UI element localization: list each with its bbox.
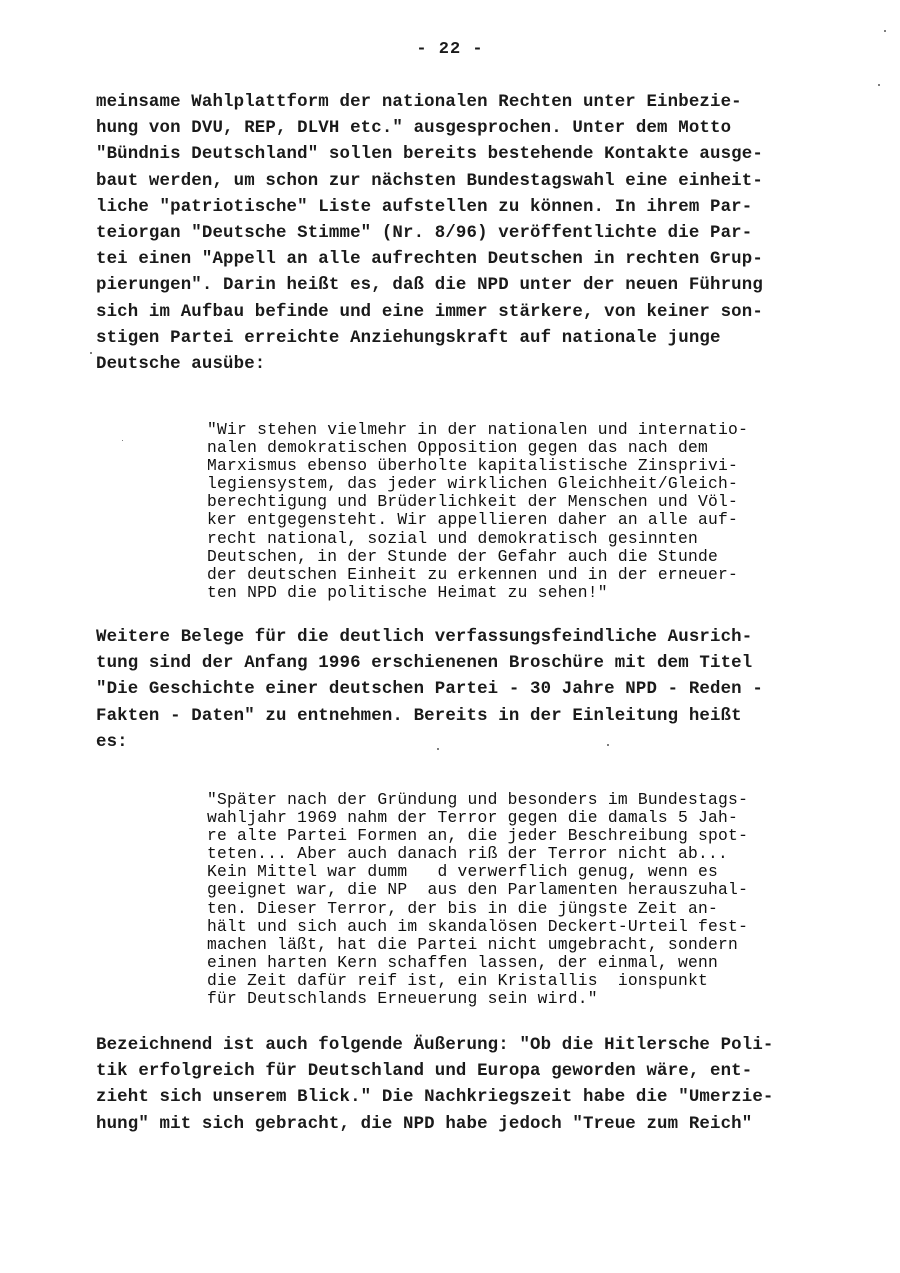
scan-speck bbox=[90, 352, 92, 354]
text-line: zieht sich unserem Blick." Die Nachkrieg… bbox=[96, 1085, 816, 1111]
text-line: "Die Geschichte einer deutschen Partei -… bbox=[96, 677, 816, 703]
text-line: tei einen "Appell an alle aufrechten Deu… bbox=[96, 247, 816, 273]
text-line: Marxismus ebenso überholte kapitalistisc… bbox=[207, 457, 827, 475]
text-line: "Bündnis Deutschland" sollen bereits bes… bbox=[96, 142, 816, 168]
text-line: meinsame Wahlplattform der nationalen Re… bbox=[96, 90, 816, 116]
text-line: wahljahr 1969 nahm der Terror gegen die … bbox=[207, 809, 827, 827]
text-line: hung von DVU, REP, DLVH etc." ausgesproc… bbox=[96, 116, 816, 142]
text-line: machen läßt, hat die Partei nicht umgebr… bbox=[207, 936, 827, 954]
paragraph-brochure-evidence: Weitere Belege für die deutlich verfassu… bbox=[96, 625, 816, 756]
scan-speck bbox=[884, 30, 886, 32]
text-line: hung" mit sich gebracht, die NPD habe je… bbox=[96, 1112, 816, 1138]
text-line: teiorgan "Deutsche Stimme" (Nr. 8/96) ve… bbox=[96, 221, 816, 247]
text-line: Kein Mittel war dumm d verwerflich genug… bbox=[207, 863, 827, 881]
text-line: Weitere Belege für die deutlich verfassu… bbox=[96, 625, 816, 651]
text-line: hält und sich auch im skandalösen Decker… bbox=[207, 918, 827, 936]
text-line: tik erfolgreich für Deutschland und Euro… bbox=[96, 1059, 816, 1085]
text-line: recht national, sozial und demokratisch … bbox=[207, 530, 827, 548]
text-line: ker entgegensteht. Wir appellieren daher… bbox=[207, 511, 827, 529]
text-line: Fakten - Daten" zu entnehmen. Bereits in… bbox=[96, 704, 816, 730]
block-quote-appeal: "Wir stehen vielmehr in der nationalen u… bbox=[207, 421, 827, 602]
text-line: berechtigung und Brüderlichkeit der Mens… bbox=[207, 493, 827, 511]
block-quote-brochure: "Später nach der Gründung und besonders … bbox=[207, 791, 827, 1008]
text-line: stigen Partei erreichte Anziehungskraft … bbox=[96, 326, 816, 352]
text-line: es: bbox=[96, 730, 816, 756]
text-line: der deutschen Einheit zu erkennen und in… bbox=[207, 566, 827, 584]
text-line: Bezeichnend ist auch folgende Äußerung: … bbox=[96, 1033, 816, 1059]
scan-speck bbox=[122, 440, 123, 441]
text-line: einen harten Kern schaffen lassen, der e… bbox=[207, 954, 827, 972]
scan-speck bbox=[437, 748, 439, 750]
text-line: sich im Aufbau befinde und eine immer st… bbox=[96, 300, 816, 326]
text-line: Deutsche ausübe: bbox=[96, 352, 816, 378]
text-line: nalen demokratischen Opposition gegen da… bbox=[207, 439, 827, 457]
text-line: tung sind der Anfang 1996 erschienenen B… bbox=[96, 651, 816, 677]
text-line: ten NPD die politische Heimat zu sehen!" bbox=[207, 584, 827, 602]
scan-speck bbox=[607, 744, 609, 746]
text-line: pierungen". Darin heißt es, daß die NPD … bbox=[96, 273, 816, 299]
text-line: "Später nach der Gründung und besonders … bbox=[207, 791, 827, 809]
text-line: die Zeit dafür reif ist, ein Kristallis … bbox=[207, 972, 827, 990]
text-line: legiensystem, das jeder wirklichen Gleic… bbox=[207, 475, 827, 493]
text-line: liche "patriotische" Liste aufstellen zu… bbox=[96, 195, 816, 221]
text-line: teten... Aber auch danach riß der Terror… bbox=[207, 845, 827, 863]
text-line: geeignet war, die NP aus den Parlamenten… bbox=[207, 881, 827, 899]
paragraph-hitler-statement: Bezeichnend ist auch folgende Äußerung: … bbox=[96, 1033, 816, 1138]
paragraph-electoral-platform: meinsame Wahlplattform der nationalen Re… bbox=[96, 90, 816, 378]
text-line: "Wir stehen vielmehr in der nationalen u… bbox=[207, 421, 827, 439]
text-line: Deutschen, in der Stunde der Gefahr auch… bbox=[207, 548, 827, 566]
text-line: baut werden, um schon zur nächsten Bunde… bbox=[96, 169, 816, 195]
text-line: für Deutschlands Erneuerung sein wird." bbox=[207, 990, 827, 1008]
scan-speck bbox=[878, 84, 880, 86]
text-line: re alte Partei Formen an, die jeder Besc… bbox=[207, 827, 827, 845]
text-line: ten. Dieser Terror, der bis in die jüngs… bbox=[207, 900, 827, 918]
page-number: - 22 - bbox=[0, 40, 900, 59]
